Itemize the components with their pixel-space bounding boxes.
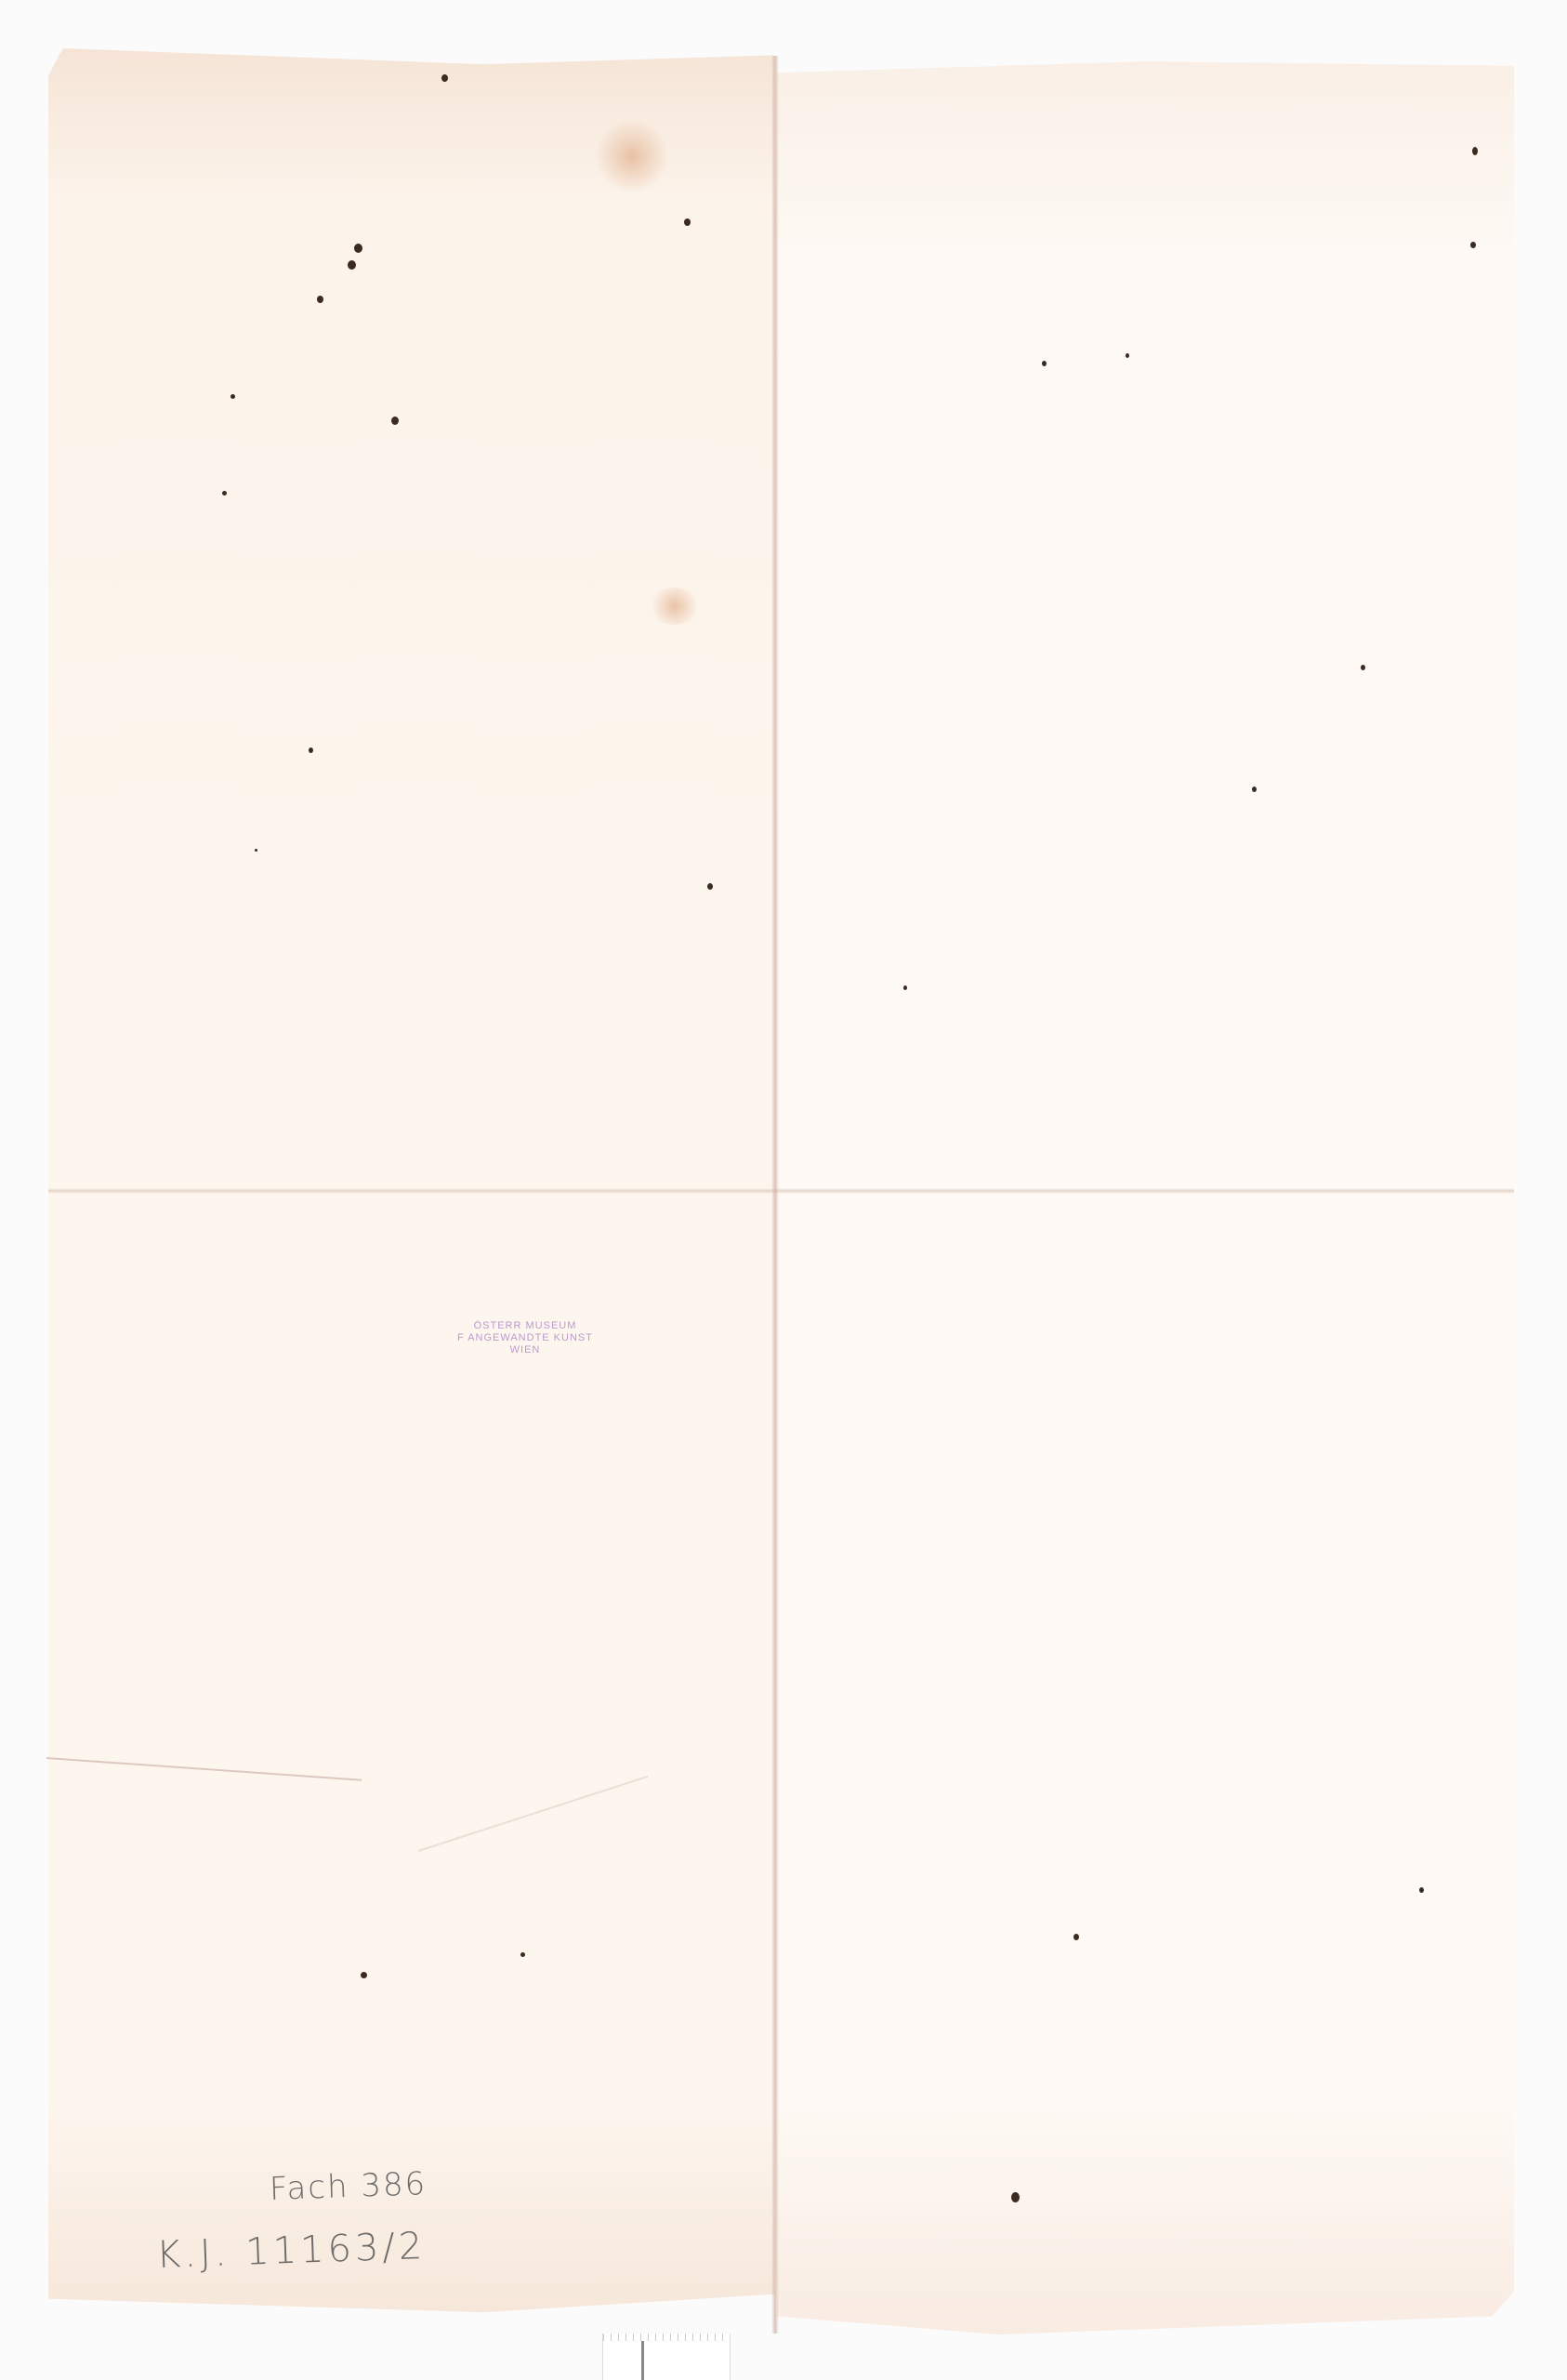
foxing-spot <box>1419 1887 1424 1893</box>
mounting-pin <box>641 2341 644 2380</box>
foxing-spot <box>317 296 323 303</box>
foxing-spot <box>348 260 356 270</box>
foxing-spot <box>1042 361 1047 366</box>
foxing-spot <box>309 747 313 753</box>
foxing-stain <box>647 588 703 625</box>
stamp-line-2: F ANGEWANDTE KUNST <box>437 1332 613 1344</box>
mounting-tab <box>602 2334 731 2380</box>
foxing-spot <box>255 849 257 852</box>
foxing-spot <box>903 985 907 990</box>
foxing-stain <box>595 119 669 193</box>
foxing-spot <box>230 394 235 399</box>
horizontal-fold-line <box>48 1188 1514 1194</box>
foxing-spot <box>441 74 448 82</box>
museum-stamp: ÖSTERR MUSEUM F ANGEWANDTE KUNST WIEN <box>437 1320 613 1356</box>
foxing-spot <box>1361 665 1365 670</box>
foxing-spot <box>1470 242 1476 248</box>
stamp-line-1: ÖSTERR MUSEUM <box>437 1320 613 1332</box>
foxing-spot <box>520 1952 525 1957</box>
foxing-spot <box>684 218 691 226</box>
foxing-spot <box>222 491 227 496</box>
foxing-spot <box>1252 787 1257 792</box>
foxing-spot <box>361 1972 367 1978</box>
foxing-spot <box>1011 2192 1020 2202</box>
foxing-spot <box>1126 353 1129 358</box>
foxing-spot <box>1472 147 1478 155</box>
paper-left-panel <box>48 48 774 2326</box>
vertical-fold-line <box>771 56 779 2334</box>
foxing-spot <box>707 883 713 890</box>
foxing-spot <box>354 244 362 253</box>
shelf-mark-annotation: Fach 386 <box>269 2165 428 2208</box>
foxing-spot <box>1073 1934 1079 1940</box>
stamp-line-3: WIEN <box>437 1344 613 1356</box>
foxing-spot <box>391 416 399 425</box>
paper-right-panel <box>777 61 1514 2339</box>
